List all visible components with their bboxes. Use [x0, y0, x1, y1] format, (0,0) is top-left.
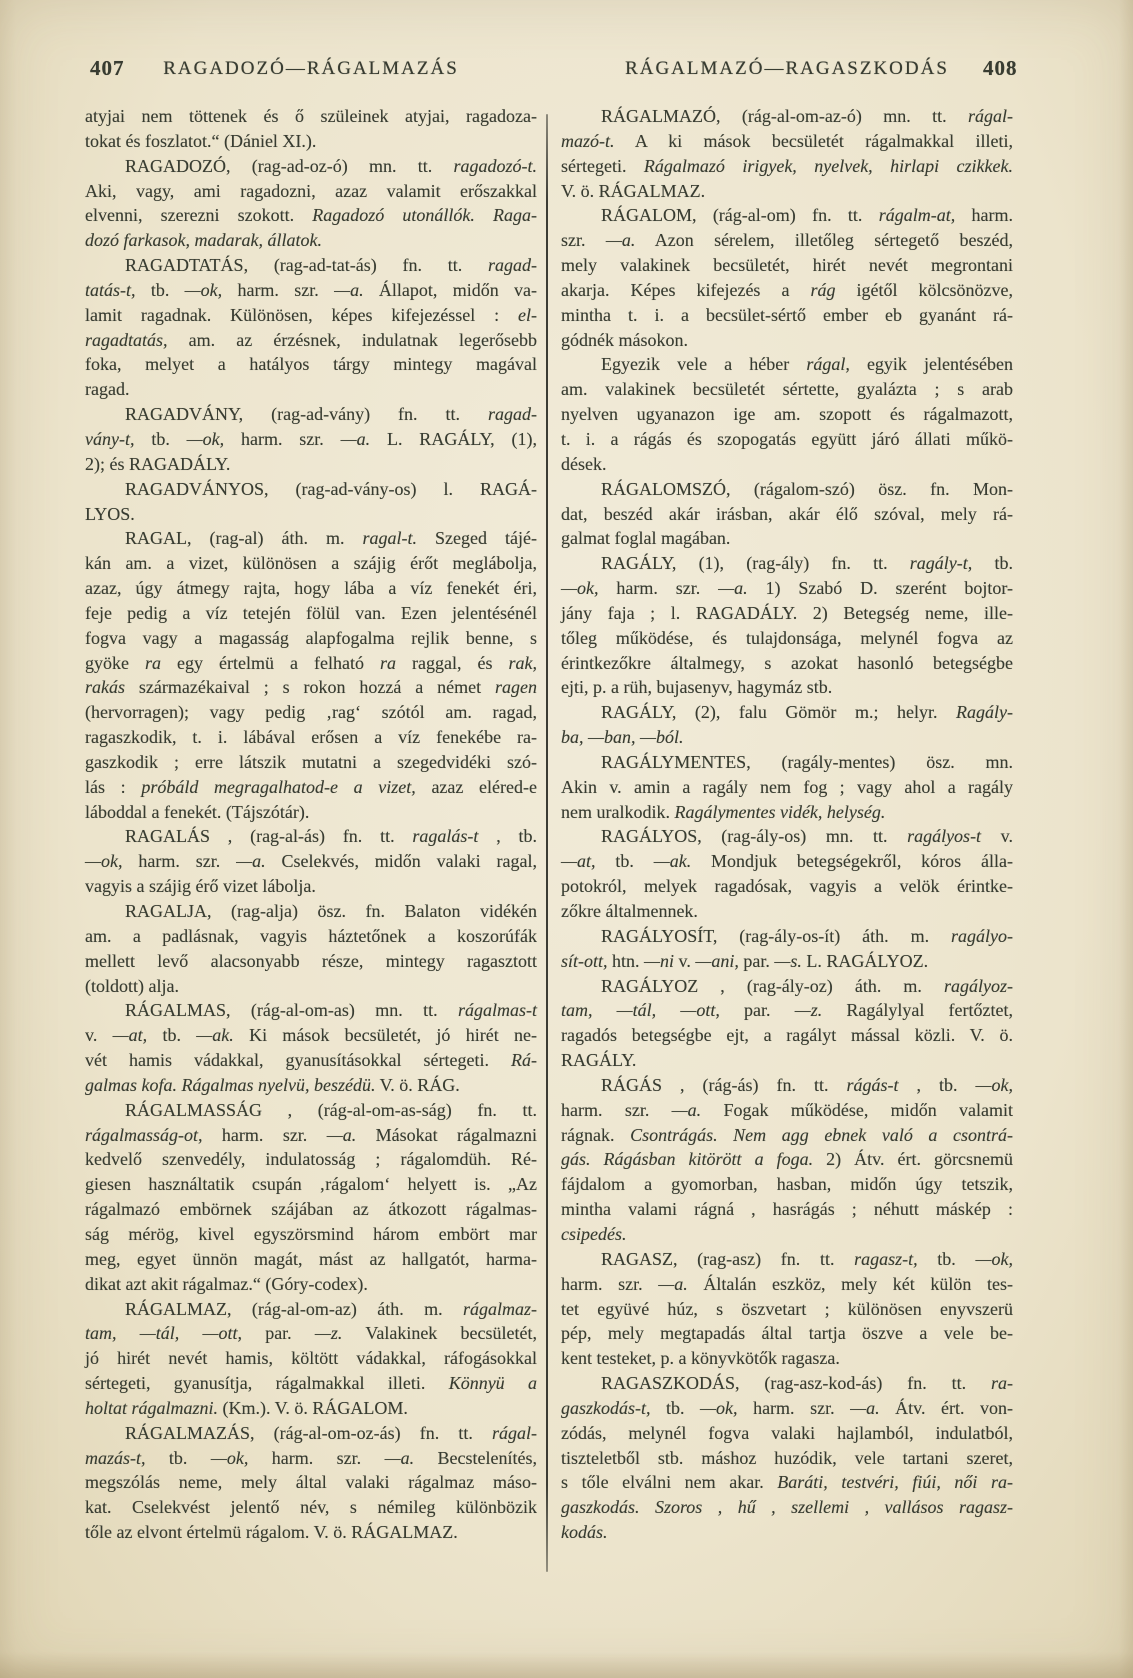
dictionary-entry: RÁGÁS , (rág-ás) fn. tt. rágás-t , tb. —…: [561, 1073, 1013, 1247]
text-line: vány-t, tb. —ok, harm. szr. —a. L. RAGÁL…: [85, 427, 537, 452]
page-number-right: 408: [983, 56, 1018, 81]
dictionary-entry: RAGÁLYOSÍT, (rag-ály-os-ít) áth. m. ragá…: [561, 924, 1013, 974]
text-line: láboddal a fenekét. (Tájszótár).: [85, 800, 537, 825]
text-line: potokról, melyek ragadósak, vagyis a vel…: [561, 874, 1013, 899]
text-line: gaszkodik ; erre látszik mutatni a szege…: [85, 750, 537, 775]
text-line: galmat foglal magában.: [561, 526, 1013, 551]
dictionary-entry: RAGASZKODÁS, (rag-asz-kod-ás) fn. tt. ra…: [561, 1371, 1013, 1545]
text-line: tokat és foszlatot.“ (Dániel XI.).: [85, 129, 537, 154]
text-line: vét hamis vádakkal, gyanusításokkal sért…: [85, 1048, 537, 1073]
text-line: érintkezőkre általmegy, s azokat hasonló…: [561, 651, 1013, 676]
text-line: giesen használtatik csupán ‚rágalom‘ hel…: [85, 1172, 537, 1197]
text-line: RÁGALMASSÁG , (rág-al-om-as-ság) fn. tt.: [85, 1098, 537, 1123]
dictionary-entry: RAGAL, (rag-al) áth. m. ragal-t. Szeged …: [85, 526, 537, 824]
dictionary-entry: RAGÁLYOS, (rag-ály-os) mn. tt. ragályos-…: [561, 824, 1013, 923]
text-line: ragadtatás, am. az érzésnek, indulatnak …: [85, 328, 537, 353]
text-line: dat, beszéd akár irásban, akár élő szóva…: [561, 502, 1013, 527]
text-line: RÁGALMAZÓ, (rág-al-om-az-ó) mn. tt. rága…: [561, 104, 1013, 129]
text-line: sértegeti. Rágalmazó irigyek, nyelvek, h…: [561, 154, 1013, 179]
text-column-right: RÁGALMAZÓ, (rág-al-om-az-ó) mn. tt. rága…: [561, 104, 1013, 1545]
text-line: harm. szr. —a. Általán eszköz, mely két …: [561, 1272, 1013, 1297]
dictionary-entry: RAGÁLY, (1), (rag-ály) fn. tt. ragály-t,…: [561, 551, 1013, 700]
text-line: kodás.: [561, 1520, 1013, 1545]
text-line: pép, mely megtapadás által tartja öszve …: [561, 1321, 1013, 1346]
text-line: (hervorragen); vagy pedig ‚rag‘ szótól a…: [85, 700, 537, 725]
text-line: holtat rágalmazni. (Km.). V. ö. RÁGALOM.: [85, 1396, 537, 1421]
text-line: gaszkodás. Szoros , hű , szellemi , vall…: [561, 1495, 1013, 1520]
dictionary-entry: RÁGALMAZÓ, (rág-al-om-az-ó) mn. tt. rága…: [561, 104, 1013, 203]
text-line: tőleg működése, és tulajdonsága, melynél…: [561, 626, 1013, 651]
text-line: tet együvé húz, s öszvetart ; különösen …: [561, 1297, 1013, 1322]
dictionary-entry: RAGÁLYOZ , (rag-ály-oz) áth. m. ragályoz…: [561, 974, 1013, 1073]
dictionary-entry: RAGASZ, (rag-asz) fn. tt. ragasz-t, tb. …: [561, 1247, 1013, 1371]
text-line: v. —at, tb. —ak. Ki mások becsületét, jó…: [85, 1023, 537, 1048]
text-line: tam, —tál, —ott, par. —z. Ragálylyal fer…: [561, 998, 1013, 1023]
text-line: kedvelő szenvedély, indulatosság ; rágal…: [85, 1147, 537, 1172]
text-line: sít-ott, htn. —ni v. —ani, par. —s. L. R…: [561, 949, 1013, 974]
text-line: RAGAL, (rag-al) áth. m. ragal-t. Szeged …: [85, 526, 537, 551]
text-line: RAGADVÁNYOS, (rag-ad-vány-os) l. RAGÁ-: [85, 477, 537, 502]
text-line: dikat azt akit rágalmaz.“ (Góry-codex).: [85, 1272, 537, 1297]
text-line: 2); és RAGADÁLY.: [85, 452, 537, 477]
text-line: tiszteletből stb. máshoz huzódik, vele t…: [561, 1446, 1013, 1471]
dictionary-entry: RAGÁLYMENTES, (ragály-mentes) ösz. mn.Ak…: [561, 750, 1013, 825]
text-line: elvenni, szerezni szokott. Ragadozó uton…: [85, 203, 537, 228]
text-line: tőle az elvont értelmü rágalom. V. ö. RÁ…: [85, 1520, 537, 1545]
text-line: nem uralkodik. Ragálymentes vidék, helys…: [561, 800, 1013, 825]
text-line: am. valakinek becsületét sértette, gyalá…: [561, 377, 1013, 402]
text-line: Akin v. amin a ragály nem fog ; vagy aho…: [561, 775, 1013, 800]
text-line: zódás, melynél fogva valaki hajlamból, i…: [561, 1421, 1013, 1446]
text-line: rakás származékaival ; s rokon hozzá a n…: [85, 675, 537, 700]
text-line: lás : próbáld megragalhatod-e a vizet, a…: [85, 775, 537, 800]
dictionary-entry: atyjai nem töttenek és ő szüleinek atyja…: [85, 104, 537, 154]
text-line: fájdalom a gyomorban, hasban, midőn úgy …: [561, 1172, 1013, 1197]
dictionary-entry: RÁGALMAS, (rág-al-om-as) mn. tt. rágalma…: [85, 998, 537, 1097]
text-line: RÁGÁS , (rág-ás) fn. tt. rágás-t , tb. —…: [561, 1073, 1013, 1098]
text-line: RÁGALMAZ, (rág-al-om-az) áth. m. rágalma…: [85, 1297, 537, 1322]
text-line: mellett levő alacsonyabb része, mintegy …: [85, 949, 537, 974]
text-line: —at, tb. —ak. Mondjuk betegségekről, kór…: [561, 849, 1013, 874]
text-line: Egyezik vele a héber rágal, egyik jelent…: [561, 352, 1013, 377]
text-line: RAGÁLY, (2), falu Gömör m.; helyr. Ragál…: [561, 700, 1013, 725]
dictionary-entry: RAGALÁS , (rag-al-ás) fn. tt. ragalás-t …: [85, 824, 537, 899]
text-line: RÁGALMAS, (rág-al-om-as) mn. tt. rágalma…: [85, 998, 537, 1023]
text-line: ba, —ban, —ból.: [561, 725, 1013, 750]
text-line: kat. Cselekvést jelentő név, s némileg k…: [85, 1495, 537, 1520]
dictionary-entry: RAGADVÁNY, (rag-ad-vány) fn. tt. ragad-v…: [85, 402, 537, 477]
text-line: rágnak. Csontrágás. Nem agg ebnek való a…: [561, 1123, 1013, 1148]
text-line: gaszkodás-t, tb. —ok, harm. szr. —a. Átv…: [561, 1396, 1013, 1421]
text-line: mintha valami rágná , hasrágás ; néhutt …: [561, 1197, 1013, 1222]
text-line: jány faja ; l. RAGADÁLY. 2) Betegség nem…: [561, 601, 1013, 626]
dictionary-entry: Egyezik vele a héber rágal, egyik jelent…: [561, 352, 1013, 476]
text-line: nyelven ugyanazon ige am. szopott és rág…: [561, 402, 1013, 427]
running-head-right: RÁGALMAZÓ—RAGASZKODÁS: [561, 58, 1013, 80]
text-line: akarja. Képes kifejezés a rág igétől köl…: [561, 278, 1013, 303]
dictionary-entry: RAGADTATÁS, (rag-ad-tat-ás) fn. tt. raga…: [85, 253, 537, 402]
text-line: vagyis a szájig érő vizet lábolja.: [85, 874, 537, 899]
text-line: RAGASZ, (rag-asz) fn. tt. ragasz-t, tb. …: [561, 1247, 1013, 1272]
text-line: RAGÁLYOS, (rag-ály-os) mn. tt. ragályos-…: [561, 824, 1013, 849]
text-line: gódnék másokon.: [561, 328, 1013, 353]
text-line: (toldott) alja.: [85, 974, 537, 999]
text-column-left: atyjai nem töttenek és ő szüleinek atyja…: [85, 104, 537, 1545]
text-line: csipedés.: [561, 1222, 1013, 1247]
text-line: RAGÁLY, (1), (rag-ály) fn. tt. ragály-t,…: [561, 551, 1013, 576]
dictionary-entry: RÁGALOM, (rág-al-om) fn. tt. rágalm-at, …: [561, 203, 1013, 352]
text-line: RAGÁLYMENTES, (ragály-mentes) ösz. mn.: [561, 750, 1013, 775]
text-line: —ok, harm. szr. —a. 1) Szabó D. szerént …: [561, 576, 1013, 601]
text-line: mintha t. i. a becsület-sértő ember eb g…: [561, 303, 1013, 328]
text-line: RAGÁLY.: [561, 1048, 1013, 1073]
text-line: RAGADOZÓ, (rag-ad-oz-ó) mn. tt. ragadozó…: [85, 154, 537, 179]
text-line: ragaszkodik, t. i. lábával erősen a víz …: [85, 725, 537, 750]
text-line: RÁGALOM, (rág-al-om) fn. tt. rágalm-at, …: [561, 203, 1013, 228]
text-line: szr. —a. Azon sérelem, illetőleg sértege…: [561, 228, 1013, 253]
text-line: V. ö. RÁGALMAZ.: [561, 179, 1013, 204]
text-line: fogva vagy a magasság alapfogalma rejlik…: [85, 626, 537, 651]
text-line: RAGADTATÁS, (rag-ad-tat-ás) fn. tt. raga…: [85, 253, 537, 278]
text-line: gyöke ra egy értelmü a felható ra raggal…: [85, 651, 537, 676]
text-line: am. a padlásnak, vagyis háztetőnek a kos…: [85, 924, 537, 949]
text-line: mazás-t, tb. —ok, harm. szr. —a. Becstel…: [85, 1446, 537, 1471]
text-line: feje pedig a víz tetején fölül van. Ezen…: [85, 601, 537, 626]
text-line: —ok, harm. szr. —a. Cselekvés, midőn val…: [85, 849, 537, 874]
text-line: RÁGALOMSZÓ, (rágalom-szó) ösz. fn. Mon-: [561, 477, 1013, 502]
text-line: galmas kofa. Rágalmas nyelvü, beszédü. V…: [85, 1073, 537, 1098]
text-line: ejti, p. a rüh, bujasenyv, hagymáz stb.: [561, 675, 1013, 700]
running-head-left: RAGADOZÓ—RÁGALMAZÁS: [85, 58, 537, 80]
text-line: azaz, úgy átmegy rajta, hogy lába a víz …: [85, 576, 537, 601]
text-line: ragadós betegségbe ejt, a ragályt mással…: [561, 1023, 1013, 1048]
text-line: dések.: [561, 452, 1013, 477]
text-line: LYOS.: [85, 502, 537, 527]
text-line: gás. Rágásban kitörött a foga. 2) Átv. é…: [561, 1147, 1013, 1172]
scanned-dictionary-page: 407 RAGADOZÓ—RÁGALMAZÁS RÁGALMAZÓ—RAGASZ…: [0, 0, 1133, 1678]
text-line: tam, —tál, —ott, par. —z. Valakinek becs…: [85, 1321, 537, 1346]
dictionary-entry: RÁGALOMSZÓ, (rágalom-szó) ösz. fn. Mon-d…: [561, 477, 1013, 552]
dictionary-entry: RAGALJA, (rag-alja) ösz. fn. Balaton vid…: [85, 899, 537, 998]
text-line: zőkre általmennek.: [561, 899, 1013, 924]
dictionary-entry: RAGADOZÓ, (rag-ad-oz-ó) mn. tt. ragadozó…: [85, 154, 537, 253]
dictionary-entry: RAGÁLY, (2), falu Gömör m.; helyr. Ragál…: [561, 700, 1013, 750]
text-line: foka, melyet a hatályos tárgy mintegy ma…: [85, 352, 537, 377]
text-line: Aki, vagy, ami ragadozni, azaz valamit e…: [85, 179, 537, 204]
text-line: t. i. a rágás és szopogatás együtt járó …: [561, 427, 1013, 452]
text-line: s tőle elválni nem akar. Baráti, testvér…: [561, 1470, 1013, 1495]
text-line: mazó-t. A ki mások becsületét rágalmakka…: [561, 129, 1013, 154]
dictionary-entry: RÁGALMASSÁG , (rág-al-om-as-ság) fn. tt.…: [85, 1098, 537, 1297]
text-line: tatás-t, tb. —ok, harm. szr. —a. Állapot…: [85, 278, 537, 303]
text-line: rágalmasság-ot, harm. szr. —a. Másokat r…: [85, 1123, 537, 1148]
text-line: megszólás neme, mely által valaki rágalm…: [85, 1470, 537, 1495]
text-line: RAGASZKODÁS, (rag-asz-kod-ás) fn. tt. ra…: [561, 1371, 1013, 1396]
text-line: mely valakinek becsületét, hirét nevét m…: [561, 253, 1013, 278]
column-divider-rule: [546, 114, 548, 1572]
text-line: kán am. a vizet, különösen a szájig érőt…: [85, 551, 537, 576]
text-line: sértegeti, gyanusítja, rágalmakkal illet…: [85, 1371, 537, 1396]
text-line: harm. szr. —a. Fogak működése, midőn val…: [561, 1098, 1013, 1123]
text-line: lamit ragadnak. Különösen, képes kifejez…: [85, 303, 537, 328]
dictionary-entry: RAGADVÁNYOS, (rag-ad-vány-os) l. RAGÁ-LY…: [85, 477, 537, 527]
dictionary-entry: RÁGALMAZ, (rág-al-om-az) áth. m. rágalma…: [85, 1297, 537, 1421]
text-line: dozó farkasok, madarak, állatok.: [85, 228, 537, 253]
text-line: kent testeket, p. a könyvkötők ragasza.: [561, 1346, 1013, 1371]
text-line: RAGALÁS , (rag-al-ás) fn. tt. ragalás-t …: [85, 824, 537, 849]
text-line: RAGÁLYOZ , (rag-ály-oz) áth. m. ragályoz…: [561, 974, 1013, 999]
dictionary-entry: RÁGALMAZÁS, (rág-al-om-oz-ás) fn. tt. rá…: [85, 1421, 537, 1545]
text-line: atyjai nem töttenek és ő szüleinek atyja…: [85, 104, 537, 129]
text-line: RÁGALMAZÁS, (rág-al-om-oz-ás) fn. tt. rá…: [85, 1421, 537, 1446]
text-line: jó hirét nevét hamis, költött vádakkal, …: [85, 1346, 537, 1371]
text-line: ság mérög, kivel egyszörsmind három embö…: [85, 1222, 537, 1247]
text-line: ragad.: [85, 377, 537, 402]
text-line: RAGADVÁNY, (rag-ad-vány) fn. tt. ragad-: [85, 402, 537, 427]
text-line: RAGALJA, (rag-alja) ösz. fn. Balaton vid…: [85, 899, 537, 924]
text-line: rágalmazó embörnek szájában az átkozott …: [85, 1197, 537, 1222]
text-line: RAGÁLYOSÍT, (rag-ály-os-ít) áth. m. ragá…: [561, 924, 1013, 949]
text-line: meg, egyet ünnön magát, mást az hallgató…: [85, 1247, 537, 1272]
